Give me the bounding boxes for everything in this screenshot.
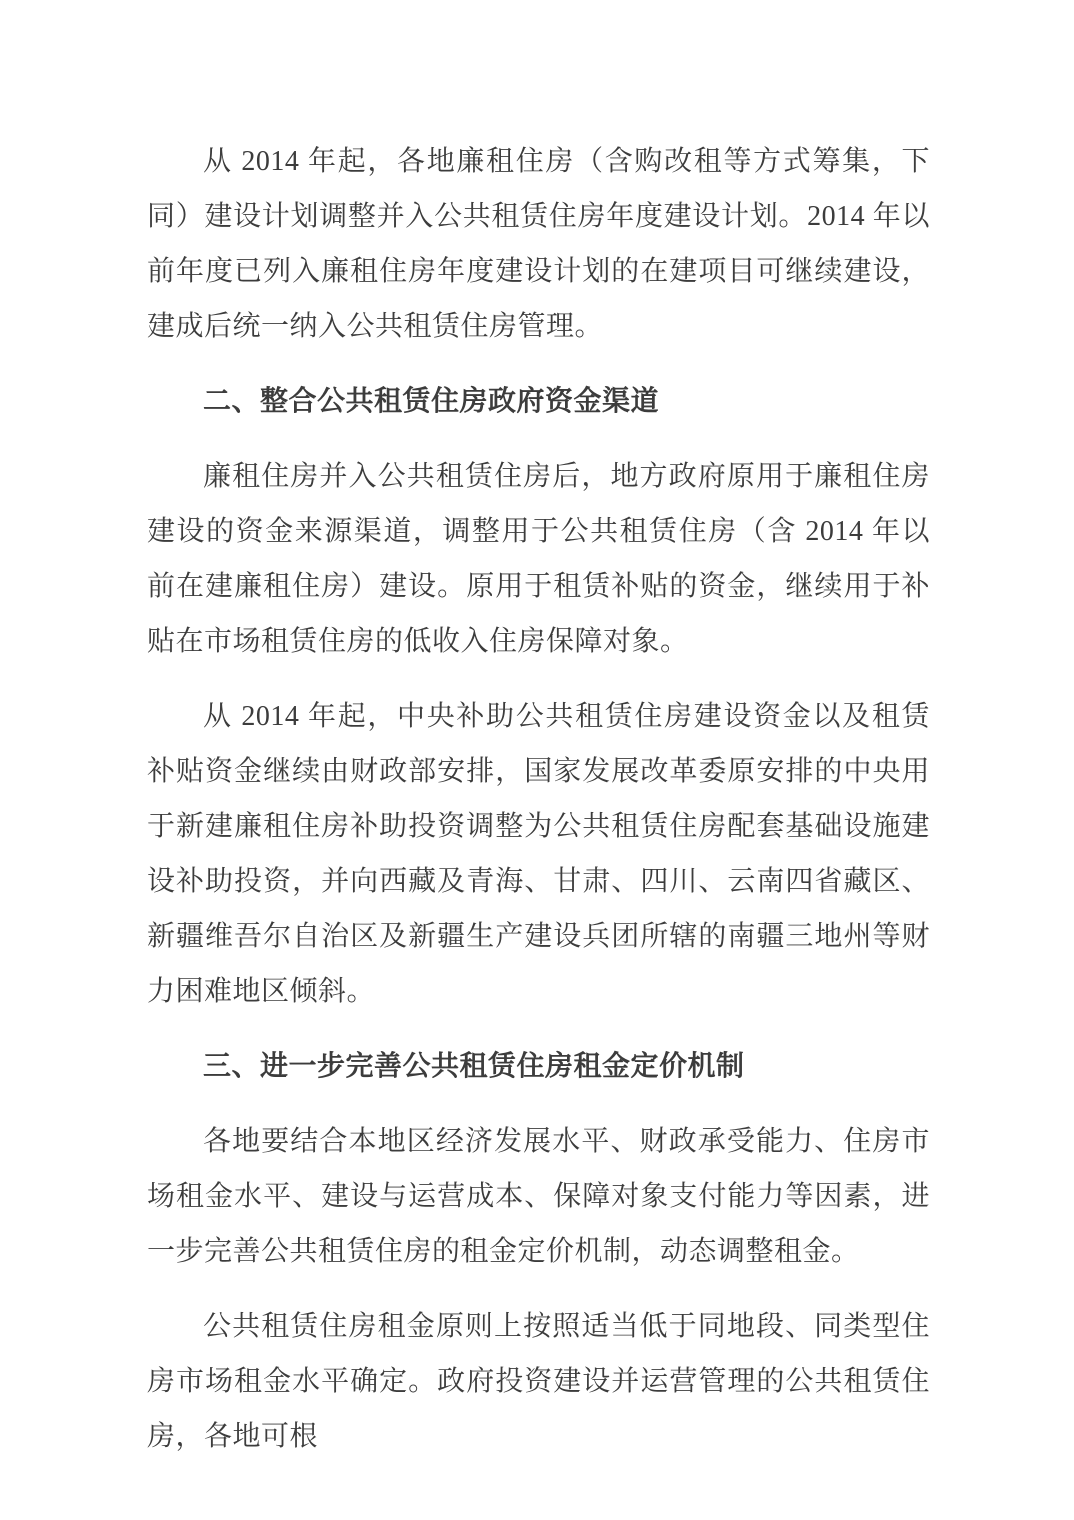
document-body: 从 2014 年起，各地廉租住房（含购改租等方式筹集，下同）建设计划调整并入公共… [147, 134, 930, 1464]
document-page: 从 2014 年起，各地廉租住房（含购改租等方式筹集，下同）建设计划调整并入公共… [0, 0, 1074, 1520]
paragraph-rent-principle: 公共租赁住房租金原则上按照适当低于同地段、同类型住房市场租金水平确定。政府投资建… [147, 1299, 930, 1464]
heading-section-3-rent-pricing: 三、进一步完善公共租赁住房租金定价机制 [147, 1039, 930, 1094]
paragraph-local-funding: 廉租住房并入公共租赁住房后，地方政府原用于廉租住房建设的资金来源渠道，调整用于公… [147, 449, 930, 669]
paragraph-rent-factors: 各地要结合本地区经济发展水平、财政承受能力、住房市场租金水平、建设与运营成本、保… [147, 1114, 930, 1279]
heading-section-2-funding-channels: 二、整合公共租赁住房政府资金渠道 [147, 374, 930, 429]
paragraph-central-subsidy: 从 2014 年起，中央补助公共租赁住房建设资金以及租赁补贴资金继续由财政部安排… [147, 689, 930, 1019]
paragraph-plan-merge: 从 2014 年起，各地廉租住房（含购改租等方式筹集，下同）建设计划调整并入公共… [147, 134, 930, 354]
